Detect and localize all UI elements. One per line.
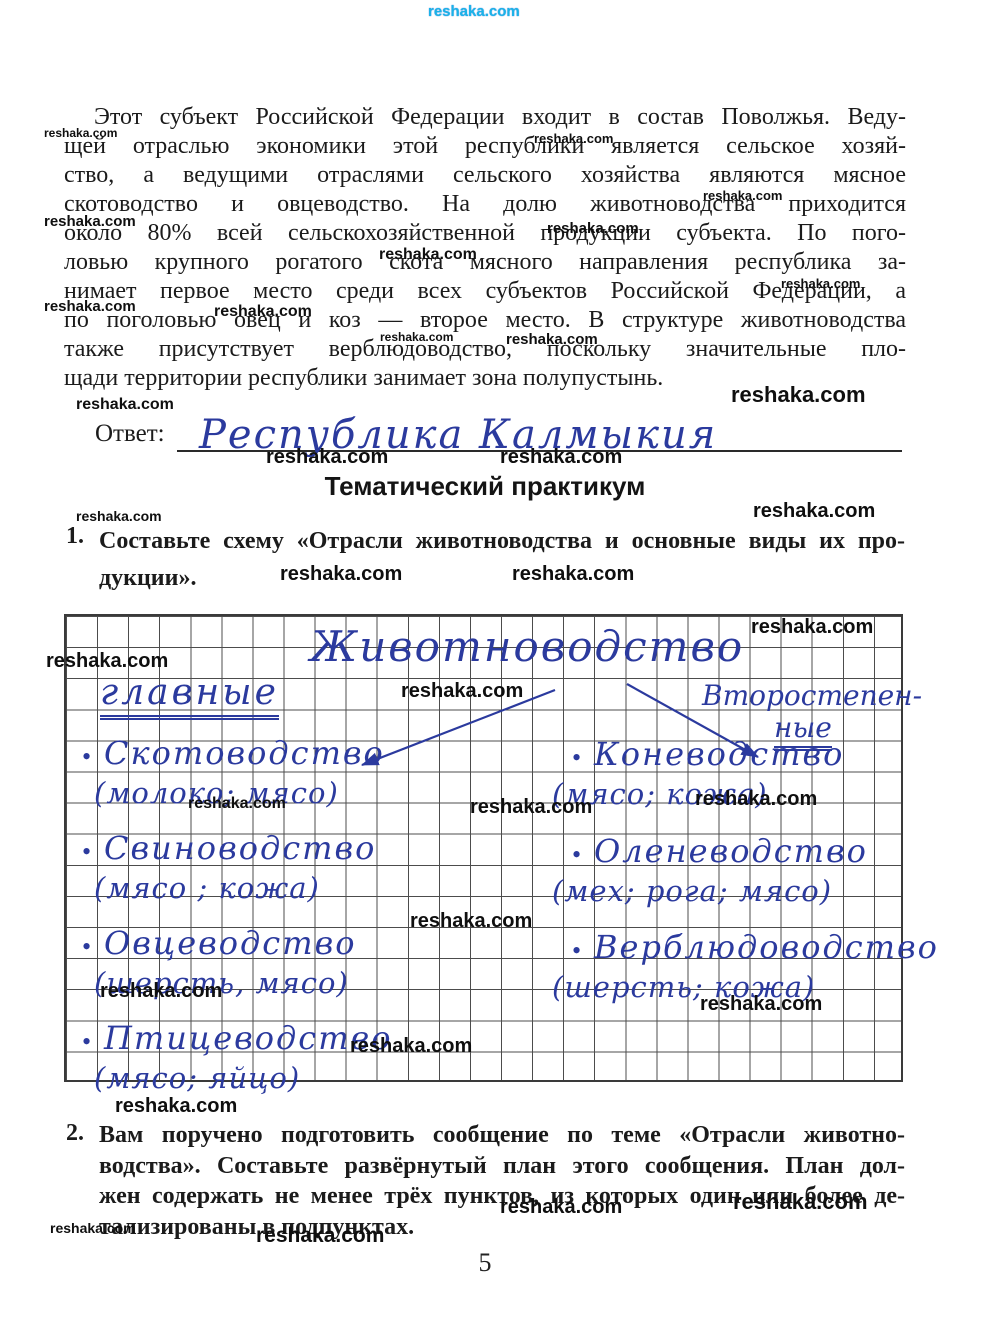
scheme-item-name: Свиноводство [104, 829, 376, 867]
watermark: reshaka.com [534, 132, 614, 145]
task2-text: Вам поручено подготовить сообщение по те… [99, 1120, 905, 1242]
scheme-item-products: (мех; рога; мясо) [552, 874, 832, 908]
answer-label: Ответ: [95, 420, 165, 448]
watermark: reshaka.com [500, 447, 622, 467]
task1-number: 1. [66, 523, 84, 550]
watermark: reshaka.com [410, 911, 532, 931]
watermark: reshaka.com [781, 277, 861, 290]
intro-line: около 80% всей сельскохозяйственной прод… [64, 219, 906, 248]
watermark: reshaka.com [76, 397, 174, 413]
page-number: 5 [64, 1248, 906, 1278]
watermark: reshaka.com [256, 1225, 384, 1246]
section-heading: Тематический практикум [64, 471, 906, 502]
watermark: reshaka.com [100, 981, 222, 1001]
watermark: reshaka.com [753, 501, 875, 521]
watermark: reshaka.com [470, 797, 592, 817]
watermark: reshaka.com [280, 564, 402, 584]
intro-line: по поголовью овец и коз — второе место. … [64, 306, 906, 335]
task1-line: Составьте схему «Отрасли животноводства … [99, 523, 905, 560]
scheme-item-bullet: • [82, 932, 91, 962]
scheme-item-bullet: • [572, 840, 581, 870]
watermark: reshaka.com [46, 651, 168, 671]
watermark: reshaka.com [214, 304, 312, 320]
watermark: reshaka.com [700, 994, 822, 1014]
intro-line: щей отраслью экономики этой республики я… [64, 132, 906, 161]
watermark: reshaka.com [50, 1221, 136, 1235]
watermark: reshaka.com [731, 384, 866, 406]
scheme-item-name: Верблюдоводство [594, 928, 939, 966]
watermark: reshaka.com [380, 331, 453, 343]
scheme-item-bullet: • [572, 936, 581, 966]
scheme-item-bullet: • [82, 837, 91, 867]
scheme-item-name: Оленеводство [594, 832, 868, 870]
intro-line: также присутствует верблюдоводство, поск… [64, 335, 906, 364]
watermark: reshaka.com [44, 214, 136, 229]
watermark: reshaka.com [428, 4, 520, 19]
watermark: reshaka.com [350, 1036, 472, 1056]
task1-text: Составьте схему «Отрасли животноводства … [99, 523, 905, 597]
scheme-item-name: Скотоводство [104, 734, 385, 772]
watermark: reshaka.com [44, 299, 136, 314]
scheme-item-products: (мясо; яйцо) [94, 1061, 300, 1095]
watermark: reshaka.com [695, 789, 817, 809]
watermark: reshaka.com [751, 617, 873, 637]
watermark: reshaka.com [379, 247, 477, 263]
watermark: reshaka.com [44, 127, 117, 139]
watermark: reshaka.com [733, 1191, 868, 1213]
watermark: reshaka.com [76, 509, 162, 523]
scheme-item-name: Коневодство [594, 735, 844, 773]
task2-number: 2. [66, 1120, 84, 1147]
intro-line: Этот субъект Российской Федерации входит… [64, 103, 906, 132]
task2-line: Вам поручено подготовить сообщение по те… [99, 1120, 905, 1151]
watermark: reshaka.com [506, 332, 598, 347]
answer-row: Ответ: Республика Калмыкия [64, 412, 906, 452]
task2-line: водства». Составьте развёрнутый план это… [99, 1151, 905, 1182]
intro-line: нимает первое место среди всех субъектов… [64, 277, 906, 306]
intro-paragraph: Этот субъект Российской Федерации входит… [64, 103, 906, 393]
watermark: reshaka.com [401, 681, 523, 701]
scheme-item-products: (мясо ; кожа) [94, 871, 320, 905]
scheme-item-name: Овцеводство [104, 924, 356, 962]
watermark: reshaka.com [500, 1197, 622, 1217]
watermark: reshaka.com [512, 564, 634, 584]
scheme-item-bullet: • [82, 1027, 91, 1057]
watermark: reshaka.com [188, 796, 286, 812]
scheme-item-bullet: • [572, 743, 581, 773]
watermark: reshaka.com [115, 1096, 237, 1116]
scheme-item-bullet: • [82, 742, 91, 772]
watermark: reshaka.com [547, 221, 639, 236]
watermark: reshaka.com [266, 447, 388, 467]
intro-line: ство, а ведущими отраслями сельского хоз… [64, 161, 906, 190]
watermark: reshaka.com [703, 189, 783, 202]
intro-line: ловью крупного рогатого скота мясного на… [64, 248, 906, 277]
task1-line: дукции». [99, 560, 905, 597]
workbook-page: reshaka.comreshaka.comreshaka.comreshaka… [0, 0, 1000, 1335]
